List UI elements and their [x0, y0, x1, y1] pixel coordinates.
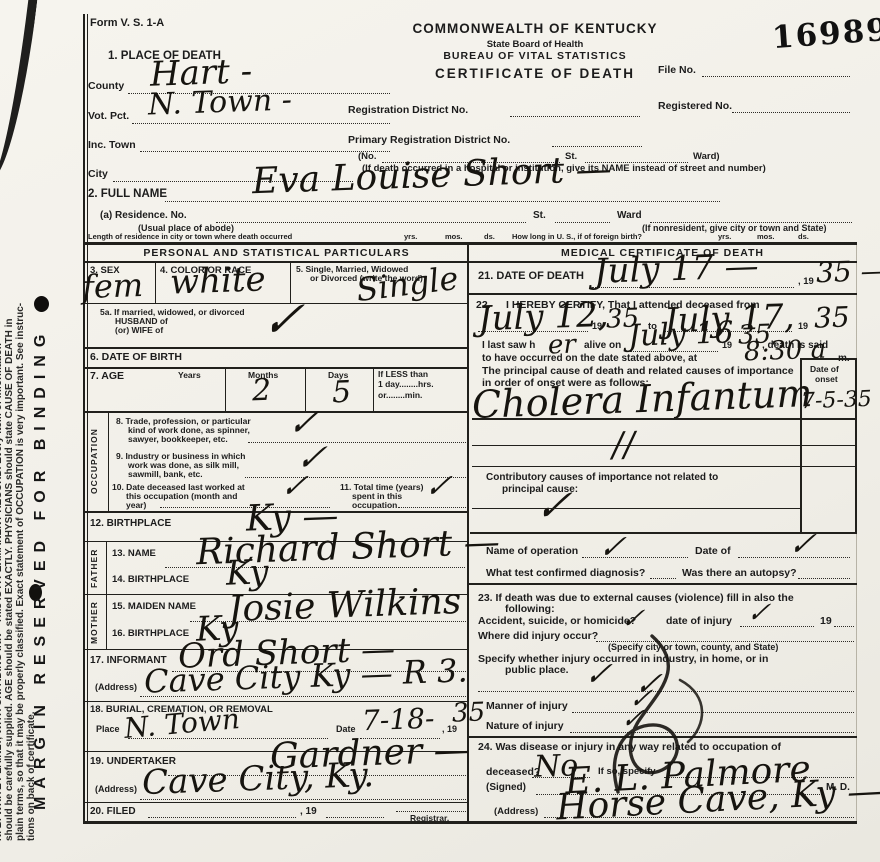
registered-no-field [732, 111, 850, 113]
mother-vertical-label: MOTHER [89, 598, 99, 648]
injury-year-label: 19 [820, 615, 832, 627]
registration-district-field [510, 115, 640, 117]
rule [155, 262, 156, 303]
age-years-label: Years [178, 370, 201, 380]
rule [85, 821, 857, 824]
mos-label: mos. [757, 232, 775, 241]
accident-suicide-label: Accident, suicide, or homicide? [478, 615, 636, 627]
commonwealth-title: COMMONWEALTH OF KENTUCKY [330, 21, 740, 36]
alive-on-label: alive on [584, 340, 621, 351]
registrar-label: Registrar. [410, 813, 449, 823]
external-causes-label: following: [505, 603, 555, 615]
rule [85, 802, 468, 803]
date-of-death-year-handwritten-value: 35 — [816, 257, 880, 288]
residence-no-field [216, 221, 526, 223]
yrs-label: yrs. [404, 232, 417, 241]
autopsy-field [798, 577, 850, 579]
ds-label: ds. [798, 232, 809, 241]
residence-ward-label: Ward [617, 210, 642, 221]
age-less-label: or........min. [378, 390, 422, 400]
last-saw-label: I last saw h [482, 340, 535, 351]
husband-wife-checkmark: ✓ [257, 293, 317, 345]
age-less-label: If LESS than [378, 369, 428, 379]
burial-year-handwritten-value: 35 [452, 699, 486, 726]
full-name-label: 2. FULL NAME [88, 188, 167, 200]
mother-maiden-name-label: 15. MAIDEN NAME [112, 601, 196, 612]
injury-year-field [834, 625, 854, 627]
rule [225, 367, 226, 411]
vot-pct-field [132, 122, 390, 124]
father-birthplace-label: 14. BIRTHPLACE [112, 574, 189, 585]
filed-date-field [148, 816, 296, 818]
registered-no-label: Registered No. [658, 100, 732, 112]
onset-date-handwritten-value: 7-5-35 [801, 389, 873, 413]
cause-slash-marks-handwritten: ∕∕ [611, 428, 635, 463]
date-of-onset-label: onset [815, 374, 838, 384]
marital-handwritten-value: Single [354, 262, 460, 306]
birthplace-label: 12. BIRTHPLACE [90, 518, 171, 529]
nature-of-injury-label: Nature of injury [486, 720, 564, 732]
age-days-handwritten-value: 5 [331, 378, 351, 409]
primary-registration-label: Primary Registration District No. [348, 134, 510, 146]
burial-date-label: Date [336, 724, 356, 734]
cause-of-death-handwritten-value: Cholera Infantum [471, 374, 813, 424]
occurred-time-handwritten-value: 8:30 a [744, 337, 827, 366]
filed-label: 20. FILED [90, 806, 136, 817]
margin-binding-label: MARGIN RESERVED FOR BINDING [32, 327, 50, 810]
informant-address-label: (Address) [95, 682, 137, 692]
filed-year-prefix: , 19 [300, 806, 317, 817]
operation-label: Name of operation [486, 545, 578, 557]
attended-from-handwritten-value: July 12, [477, 298, 609, 337]
rule [373, 367, 374, 411]
form-number-label: Form V. S. 1-A [90, 17, 164, 29]
city-ward-label: Ward) [693, 151, 720, 162]
rule [472, 418, 856, 420]
rule [85, 347, 468, 349]
attended-from-year-prefix: 19 [592, 321, 602, 331]
age-months-handwritten-value: 2 [251, 376, 271, 407]
full-name-handwritten-value: Eva Louise Short — [251, 152, 612, 201]
residence-st-label: St. [533, 210, 546, 221]
father-name-label: 13. NAME [112, 548, 156, 559]
rule [472, 508, 800, 509]
county-label: County [88, 80, 124, 92]
last-worked-label: year) [126, 500, 146, 510]
registrar-signature-field [396, 810, 466, 812]
bureau-subtitle: BUREAU OF VITAL STATISTICS [330, 50, 740, 62]
signed-label: (Signed) [486, 782, 526, 793]
rule [472, 466, 856, 467]
rule [85, 411, 468, 413]
attended-to-year-prefix: 19 [798, 321, 808, 331]
attended-to-year-handwritten-value: 35 [814, 303, 851, 332]
margin-note-line: should be carefully supplied. AGE should… [4, 319, 15, 841]
rule [106, 541, 107, 594]
rule [85, 261, 468, 263]
file-no-field [702, 75, 850, 77]
date-of-birth-label: 6. DATE OF BIRTH [90, 351, 182, 363]
residence-st-field [555, 221, 610, 223]
residence-label: (a) Residence. No. [100, 210, 187, 221]
manner-of-injury-label: Manner of injury [486, 700, 568, 712]
age-label: 7. AGE [90, 370, 124, 382]
scan-artifact-blob [34, 296, 49, 312]
occupation-industry-label: sawmill, bank, etc. [128, 469, 203, 479]
occupation-trade-label: sawyer, bookkeeper, etc. [128, 434, 228, 444]
city-label: City [88, 168, 108, 180]
rule [83, 14, 85, 824]
test-confirmed-label: What test confirmed diagnosis? [486, 567, 645, 579]
date-of-death-label: 21. DATE OF DEATH [478, 270, 584, 282]
last-saw-date-handwritten-value: July 16 [628, 318, 735, 352]
total-time-field [398, 506, 466, 508]
occupation-trade-checkmark: ✓ [284, 404, 328, 442]
rule [468, 583, 857, 585]
mother-maiden-name-handwritten-value: Josie Wilkins [227, 584, 461, 628]
date-of-death-handwritten-value: July 17 — [593, 249, 759, 289]
inc-town-field [140, 150, 390, 152]
ds-label: ds. [484, 232, 495, 241]
yrs-label: yrs. [718, 232, 731, 241]
undertaker-address-handwritten-value: Cave City, Ky. [141, 758, 374, 800]
rule [108, 411, 109, 511]
full-name-field [165, 200, 720, 202]
occurred-label: to have occurred on the date stated abov… [482, 353, 697, 364]
rule [472, 445, 856, 446]
file-no-label: File No. [658, 64, 696, 76]
death-certificate-scan: N. B. WRITE PLAINLY, WITH UNFADING INK—T… [0, 0, 880, 862]
last-saw-year-prefix: 19 [722, 340, 732, 350]
rule [87, 14, 88, 824]
contributory-causes-label: Contributory causes of importance not re… [486, 472, 718, 483]
father-vertical-label: FATHER [89, 544, 99, 592]
sex-handwritten-value: fem [81, 269, 143, 303]
vot-pct-handwritten-value: N. Town - [148, 85, 293, 120]
test-confirmed-field [650, 577, 676, 579]
occupation-trade-field [248, 441, 466, 443]
inc-town-label: Inc. Town [88, 139, 136, 151]
physician-address-label: (Address) [494, 806, 538, 817]
certificate-number: 16989 [771, 12, 880, 56]
mos-label: mos. [445, 232, 463, 241]
margin-note-line: plain terms, so that it may be properly … [15, 303, 26, 841]
filed-year-field [326, 816, 384, 818]
autopsy-label: Was there an autopsy? [682, 567, 797, 579]
occupation-vertical-label: OCCUPATION [89, 414, 99, 508]
age-less-label: 1 day........hrs. [378, 379, 434, 389]
total-time-label: occupation [352, 500, 397, 510]
length-of-residence-label: Length of residence in city or town wher… [88, 232, 292, 241]
date-of-injury-label: date of injury [666, 615, 732, 627]
operation-checkmark: ✓ [595, 531, 634, 565]
rule [800, 358, 856, 360]
husband-wife-label: (or) WIFE of [115, 325, 163, 335]
scan-artifact-streak [0, 0, 39, 182]
burial-place-label: Place [96, 724, 120, 734]
rule [106, 594, 107, 649]
undertaker-address-label: (Address) [95, 784, 137, 794]
informant-address-handwritten-value: Cave City Ky — R 3. [144, 654, 469, 697]
registration-district-label: Registration District No. [348, 104, 468, 116]
color-race-handwritten-value: white [169, 262, 266, 299]
rule [468, 293, 857, 295]
father-birthplace-handwritten-value: Ky [225, 555, 269, 590]
rule [85, 242, 857, 245]
vot-pct-label: Vot. Pct. [88, 110, 129, 122]
personal-section-title: PERSONAL AND STATISTICAL PARTICULARS [85, 247, 468, 259]
date-of-death-year-prefix: , 19 [798, 276, 814, 287]
operation-date-label: Date of [695, 545, 731, 557]
board-subtitle: State Board of Health [330, 39, 740, 50]
date-of-onset-label: Date of [810, 364, 839, 374]
how-long-us-label: How long in U. S., if of foreign birth? [512, 232, 642, 241]
primary-registration-field [552, 145, 642, 147]
